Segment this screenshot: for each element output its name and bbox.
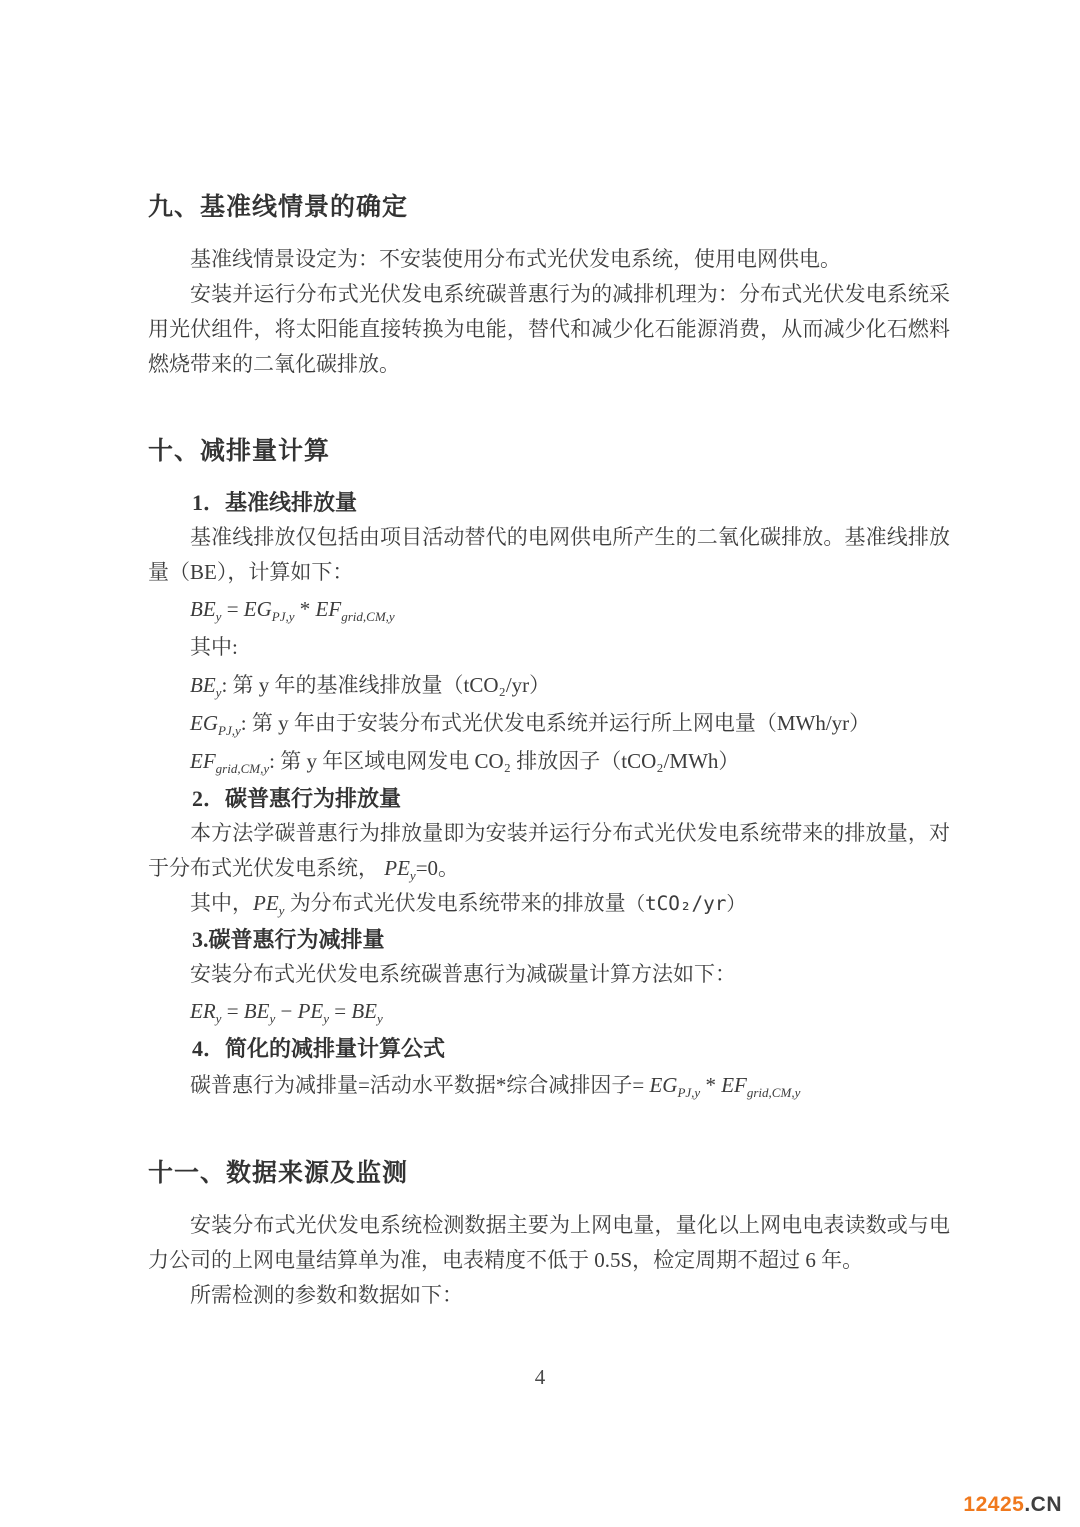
page-number: 4 [0,1365,1080,1390]
subheading-simplified-formula: 4．简化的减排量计算公式 [148,1032,950,1066]
section-11-heading: 十一、数据来源及监测 [148,1156,950,1190]
project-emissions-paragraph: 本方法学碳普惠行为排放量即为安装并运行分布式光伏发电系统带来的排放量，对于分布式… [148,816,950,886]
section-9-paragraph-2: 安装并运行分布式光伏发电系统碳普惠行为的减排机理为：分布式光伏发电系统采用光伏组… [148,277,950,382]
section-9-paragraph-1: 基准线情景设定为：不安装使用分布式光伏发电系统，使用电网供电。 [148,242,950,277]
watermark-suffix: .CN [1024,1493,1062,1516]
formula-baseline-emissions: BEy = EGPJ,y * EFgrid,CM,y [148,590,950,628]
subheading-emission-reduction: 3.碳普惠行为减排量 [148,923,950,957]
definition-ef: EFgrid,CM,y: 第 y 年区域电网发电 CO₂ 排放因子（tCO₂/M… [148,742,950,780]
subheading-project-emissions: 2．碳普惠行为排放量 [148,782,950,816]
section-9-heading: 九、基准线情景的确定 [148,190,950,224]
document-content: 九、基准线情景的确定 基准线情景设定为：不安装使用分布式光伏发电系统，使用电网供… [148,190,950,1313]
formula-simplified: 碳普惠行为减排量=活动水平数据*综合减排因子= EGPJ,y * EFgrid,… [148,1066,950,1104]
definition-eg: EGPJ,y: 第 y 年由于安装分布式光伏发电系统并运行所上网电量（MWh/y… [148,704,950,742]
section-11-paragraph-1: 安装分布式光伏发电系统检测数据主要为上网电量，量化以上网电电表读数或与电力公司的… [148,1208,950,1278]
subheading-baseline-emissions: 1．基准线排放量 [148,486,950,520]
project-emissions-where: 其中，PEy 为分布式光伏发电系统带来的排放量（tCO₂/yr） [148,886,950,921]
baseline-emissions-paragraph: 基准线排放仅包括由项目活动替代的电网供电所产生的二氧化碳排放。基准线排放量（BE… [148,520,950,590]
watermark-main: 12425 [963,1493,1024,1516]
section-10-heading: 十、减排量计算 [148,434,950,468]
watermark: 12425.CN [963,1493,1062,1517]
where-label: 其中: [148,628,950,666]
formula-emission-reduction: ERy = BEy − PEy = BEy [148,992,950,1030]
definition-be: BEy: 第 y 年的基准线排放量（tCO₂/yr） [148,666,950,704]
section-11-paragraph-2: 所需检测的参数和数据如下： [148,1278,950,1313]
emission-reduction-paragraph: 安装分布式光伏发电系统碳普惠行为减碳量计算方法如下： [148,957,950,992]
document-page: 九、基准线情景的确定 基准线情景设定为：不安装使用分布式光伏发电系统，使用电网供… [0,0,1080,1527]
